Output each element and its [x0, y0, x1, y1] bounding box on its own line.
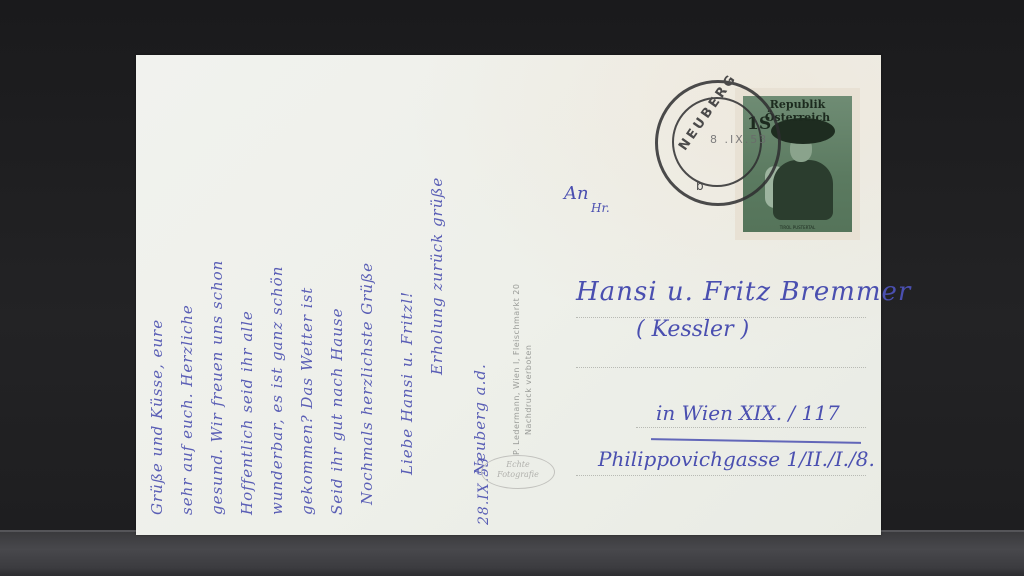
- message-line: Hoffentlich seid ihr alle: [238, 75, 256, 515]
- photo-mark-stamp: Echte Fotografie: [481, 455, 555, 489]
- address-recipient-alt: ( Kessler ): [636, 317, 749, 342]
- message-line: Grüße und Küsse, eure: [148, 75, 166, 515]
- message-line: gesund. Wir freuen uns schon: [208, 75, 226, 515]
- stamp-figure-body: [773, 160, 833, 220]
- album-strip: [0, 532, 1024, 576]
- message-line: gekommen? Das Wetter ist: [298, 75, 316, 515]
- message-line: Seid ihr gut nach Hause: [328, 75, 346, 515]
- address-city: in Wien XIX. / 117: [656, 401, 840, 425]
- message-line: Nochmals herzlichste Grüße: [358, 85, 376, 505]
- signature-place: Neuberg a.d.: [471, 315, 489, 475]
- message-line: Liebe Hansi u. Fritzl!: [398, 95, 416, 475]
- message-line: sehr auf euch. Herzliche: [178, 75, 196, 515]
- message-line: Erholung zurück grüße: [428, 75, 446, 375]
- address-prefix-title: Hr.: [591, 201, 610, 215]
- address-prefix: An: [564, 183, 589, 204]
- photo-mark-line1: Echte: [482, 460, 554, 470]
- stamp-caption: TIROL PUSTERTAL: [743, 225, 852, 230]
- postmark-code: b: [696, 179, 704, 193]
- address-recipient: Hansi u. Fritz Bremmer: [576, 277, 911, 307]
- postmark: NEUBERG 8 .IX.53 b: [655, 80, 781, 206]
- postmark-date: 8 .IX.53: [710, 133, 768, 146]
- photo-mark-line2: Fotografie: [482, 470, 554, 480]
- publisher-imprint: P. Ledermann, Wien I, Fleischmarkt 20: [512, 215, 521, 455]
- address-street: Philippovichgasse 1/II./I./8.: [598, 447, 875, 471]
- message-line: wunderbar, es ist ganz schön: [268, 75, 286, 515]
- publisher-notice: Nachdruck verboten: [524, 235, 533, 435]
